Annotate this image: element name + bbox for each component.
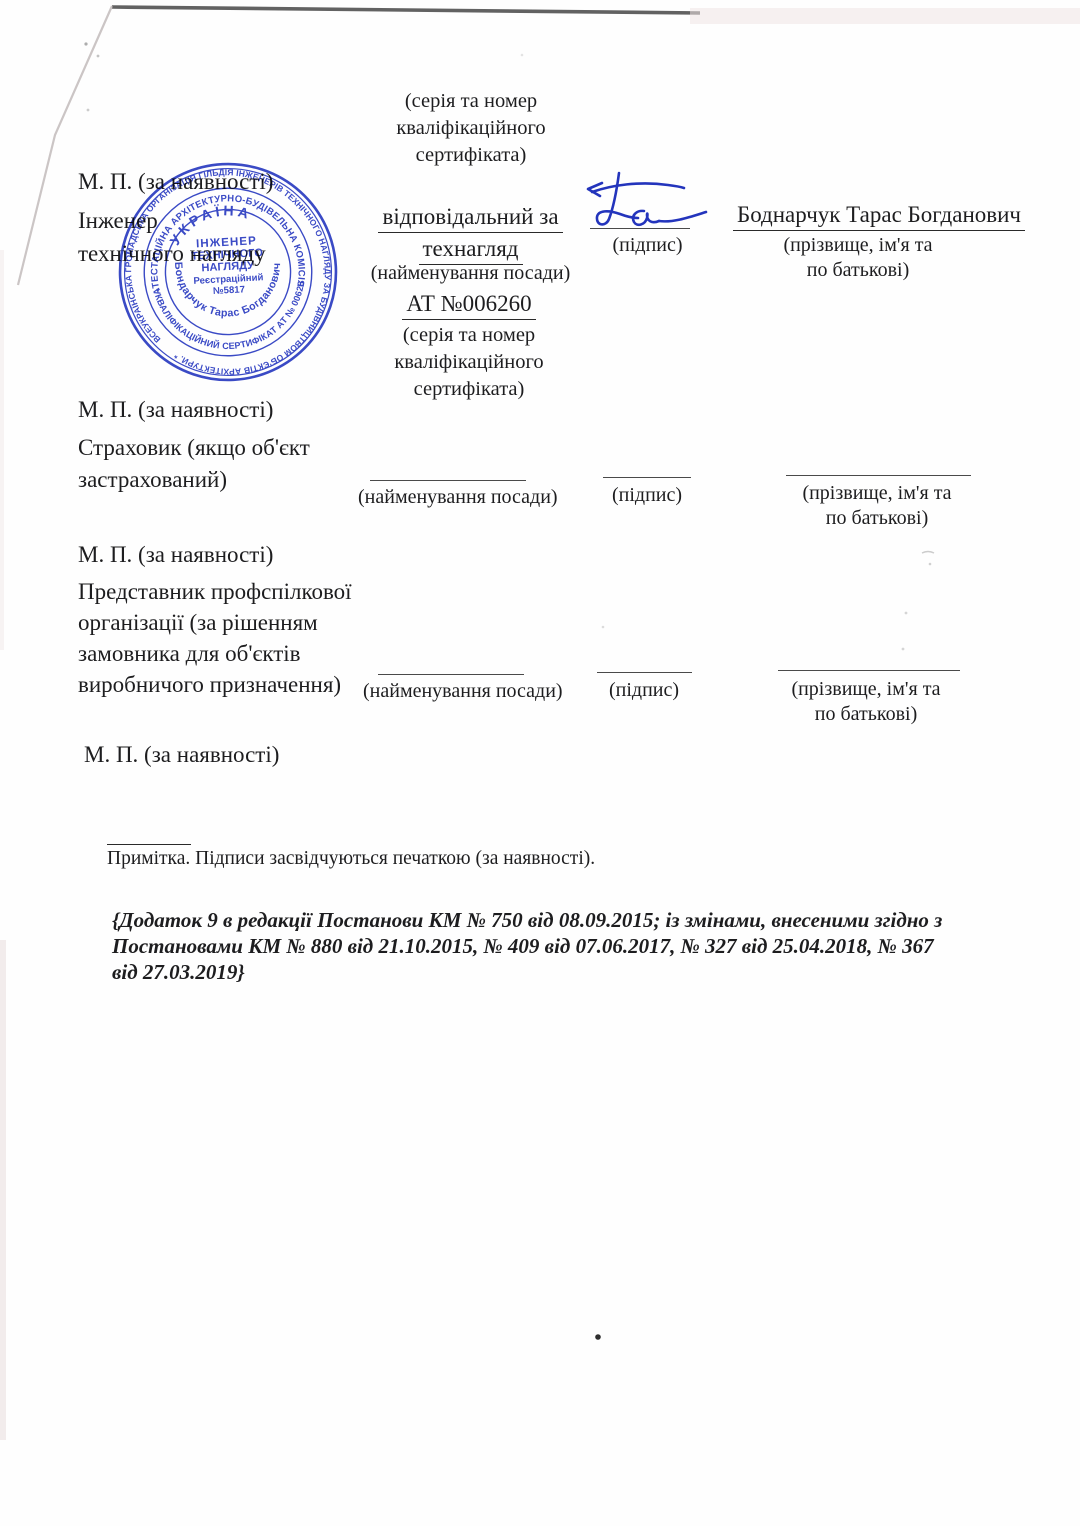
speck <box>902 648 905 651</box>
footnote-line2: Постановами КМ № 880 від 21.10.2015, № 4… <box>112 933 942 959</box>
handwritten-signature <box>578 170 718 236</box>
mp-label-3: М. П. (за наявності) <box>78 541 273 569</box>
caption-line: кваліфікаційного <box>359 349 579 376</box>
engineer-position-value-line1: відповідальний за <box>368 203 573 233</box>
insurer-signature-caption: (підпис) <box>588 483 706 508</box>
union-name-line <box>778 670 960 671</box>
engineer-position-caption: (найменування посади) <box>358 261 583 286</box>
ink-dot <box>595 1334 601 1340</box>
speck <box>87 109 90 112</box>
speck <box>929 563 932 566</box>
union-position-caption: (найменування посади) <box>363 679 539 704</box>
union-name-caption-line1: (прізвище, ім'я та <box>762 677 970 702</box>
union-signature-caption: (підпис) <box>585 678 703 703</box>
round-stamp: ВСЕУКРАЇНСЬКА ГРОМАДСЬКА ОРГАНІЗАЦІЯ ГІЛ… <box>110 154 345 389</box>
note-separator-line <box>107 844 191 845</box>
speck <box>97 55 100 58</box>
speck <box>922 552 934 554</box>
scan-top-fuzz <box>690 8 1080 24</box>
union-role-line2: організації (за рішенням <box>78 609 318 637</box>
speck <box>84 42 87 45</box>
footnote-line3: від 27.03.2019} <box>112 959 942 985</box>
engineer-certificate-caption: (серія та номер кваліфікаційного сертифі… <box>359 322 579 403</box>
engineer-signature-caption: (підпис) <box>575 233 720 258</box>
mp-label-2: М. П. (за наявності) <box>78 396 273 424</box>
engineer-certificate-value: АТ №006260 <box>369 290 569 320</box>
caption-line: (серія та номер <box>361 88 581 115</box>
insurer-position-line <box>370 480 526 481</box>
caption-line: сертифіката) <box>359 376 579 403</box>
footnote-line1: {Додаток 9 в редакції Постанови КМ № 750… <box>112 907 942 933</box>
insurer-role-line1: Страховик (якщо об'єкт <box>78 434 310 462</box>
union-role-line1: Представник профспілкової <box>78 578 352 606</box>
note-text: Примітка. Підписи засвідчуються печаткою… <box>107 848 595 870</box>
engineer-name-caption-line2: по батькові) <box>748 258 968 283</box>
insurer-name-caption-line2: по батькові) <box>773 506 981 531</box>
caption-line: сертифіката) <box>361 142 581 169</box>
mp-label-4: М. П. (за наявності) <box>84 741 279 769</box>
legal-footnote: {Додаток 9 в редакції Постанови КМ № 750… <box>112 907 942 985</box>
union-signature-line <box>597 672 692 673</box>
scan-left-edge-strip-2 <box>0 250 4 650</box>
caption-line: кваліфікаційного <box>361 115 581 142</box>
speck <box>521 54 524 57</box>
signature-line-engineer <box>590 228 690 229</box>
insurer-role-line2: застрахований) <box>78 466 227 494</box>
insurer-name-line <box>786 475 971 476</box>
top-certificate-caption: (серія та номер кваліфікаційного сертифі… <box>361 88 581 169</box>
insurer-name-caption-line1: (прізвище, ім'я та <box>773 481 981 506</box>
scan-top-edge-line <box>112 7 700 13</box>
engineer-name-caption-line1: (прізвище, ім'я та <box>748 233 968 258</box>
speck <box>905 612 908 615</box>
union-role-line3: замовника для об'єктів <box>78 640 301 668</box>
union-position-line <box>378 674 524 675</box>
caption-line: (серія та номер <box>359 322 579 349</box>
scanned-document-page: (серія та номер кваліфікаційного сертифі… <box>0 0 1080 1526</box>
scan-left-edge-strip <box>0 940 6 1440</box>
union-name-caption-line2: по батькові) <box>762 702 970 727</box>
stamp-reg-line2: №5817 <box>213 284 246 297</box>
speck <box>602 626 605 629</box>
engineer-name-value: Боднарчук Тарас Богданович <box>733 201 1013 231</box>
insurer-signature-line <box>603 477 691 478</box>
insurer-position-caption: (найменування посади) <box>358 485 543 510</box>
union-role-line4: виробничого призначення) <box>78 671 341 699</box>
